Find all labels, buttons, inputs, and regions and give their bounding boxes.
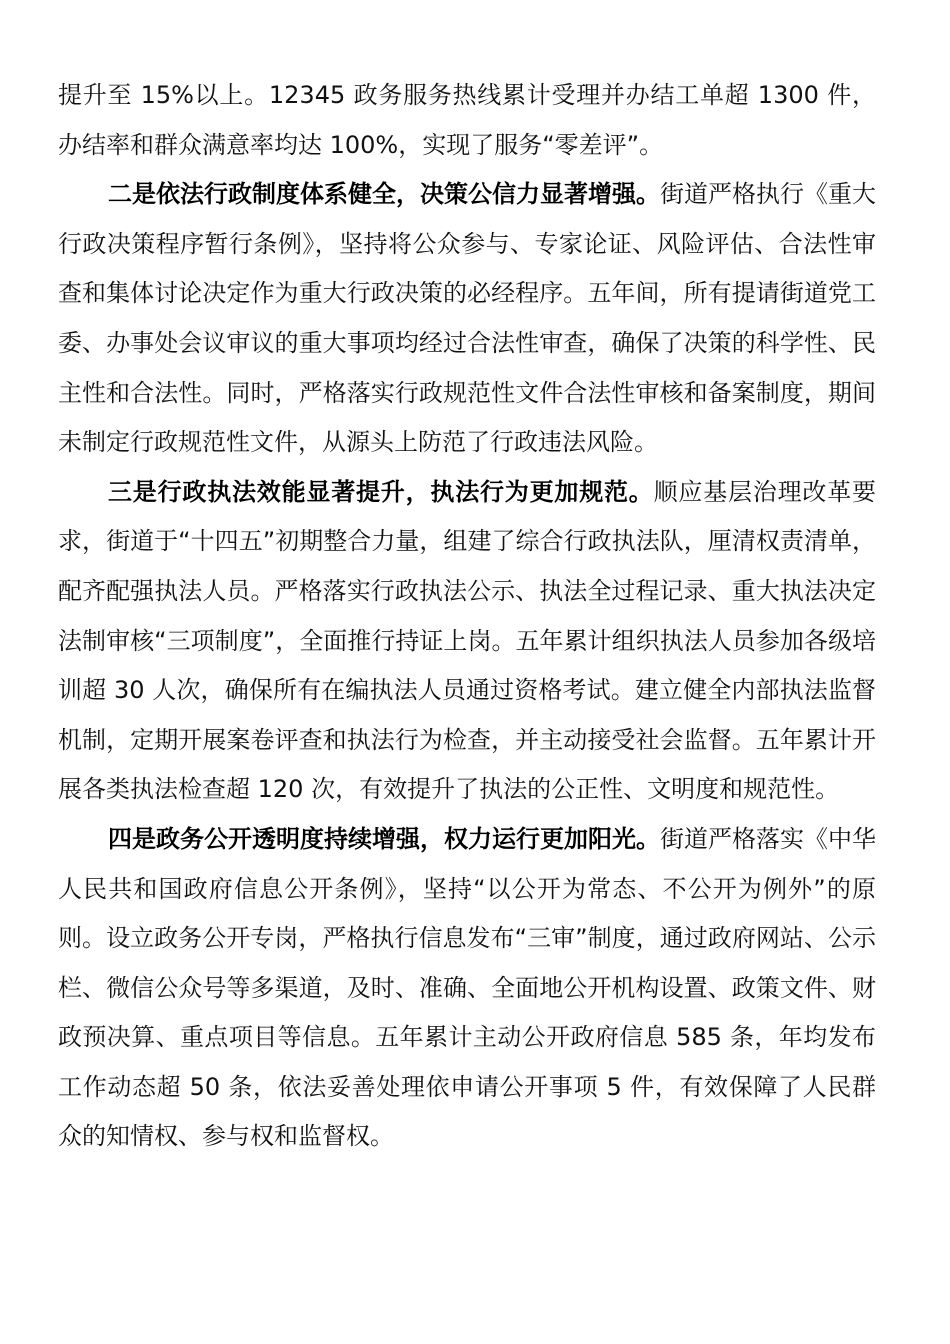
paragraph-law-enforcement: 三是行政执法效能显著提升，执法行为更加规范。顺应基层治理改革要求，街道于“十四五…: [58, 468, 876, 815]
paragraph-government-transparency: 四是政务公开透明度持续增强，权力运行更加阳光。街道严格落实《中华人民共和国政府信…: [58, 815, 876, 1162]
paragraph-body: 顺应基层治理改革要求，街道于“十四五”初期整合力量，组建了综合行政执法队，厘清权…: [58, 478, 876, 804]
paragraph-body: 街道严格执行《重大行政决策程序暂行条例》，坚持将公众参与、专家论证、风险评估、合…: [58, 180, 876, 456]
paragraph-lead: 二是依法行政制度体系健全，决策公信力显著增强。: [108, 180, 660, 208]
document-page: 提升至 15%以上。12345 政务服务热线累计受理并办结工单超 1300 件，…: [58, 71, 876, 1162]
paragraph-continuation: 提升至 15%以上。12345 政务服务热线累计受理并办结工单超 1300 件，…: [58, 71, 876, 170]
paragraph-rule-of-law-decisions: 二是依法行政制度体系健全，决策公信力显著增强。街道严格执行《重大行政决策程序暂行…: [58, 170, 876, 468]
paragraph-body: 提升至 15%以上。12345 政务服务热线累计受理并办结工单超 1300 件，…: [58, 81, 876, 159]
paragraph-body: 街道严格落实《中华人民共和国政府信息公开条例》，坚持“以公开为常态、不公开为例外…: [58, 825, 876, 1151]
paragraph-lead: 四是政务公开透明度持续增强，权力运行更加阳光。: [108, 825, 660, 853]
paragraph-lead: 三是行政执法效能显著提升，执法行为更加规范。: [108, 478, 654, 506]
